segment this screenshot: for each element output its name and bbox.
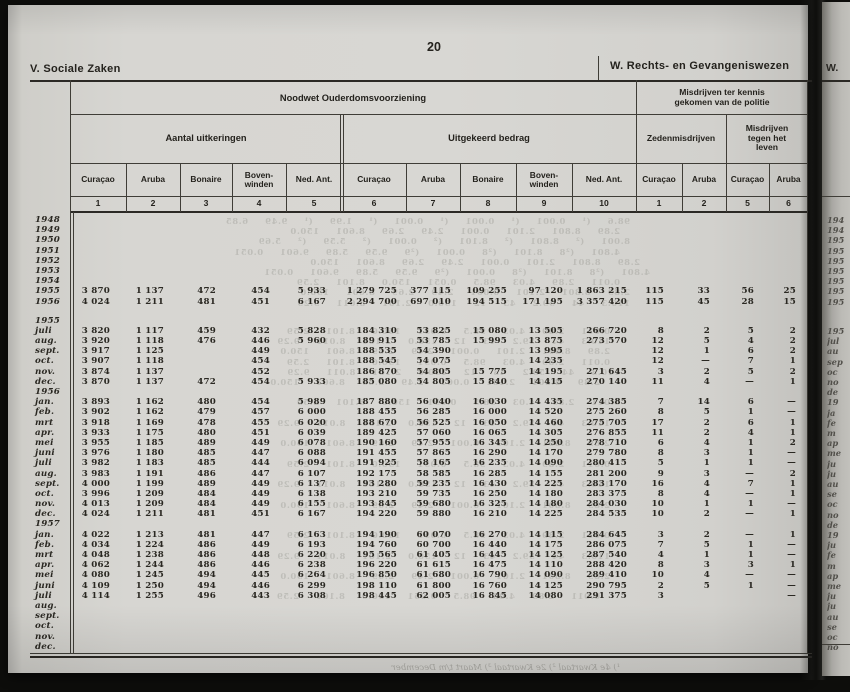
adjacent-page-row-label: sep — [827, 357, 849, 367]
adjacent-page-row-label: ja — [827, 408, 849, 418]
adjacent-page-row-label: 195 — [827, 326, 849, 336]
adjacent-page-row-label: 195 — [827, 235, 849, 245]
adjacent-page-row-label: ju — [827, 540, 849, 550]
adjacent-page-row-label: se — [827, 622, 849, 632]
adjacent-page-row-label: 195 — [827, 286, 849, 296]
adjacent-page-row-label: fe — [827, 418, 849, 428]
adjacent-page-row-label: au — [827, 479, 849, 489]
adjacent-page-row-label: m — [827, 561, 849, 571]
adjacent-page-row-label: me — [827, 448, 849, 458]
adjacent-page-row-label: de — [827, 520, 849, 530]
adjacent-page-row-label: ju — [827, 591, 849, 601]
adjacent-page-row-label: 194 — [827, 215, 849, 225]
adjacent-page-row-label: 195 — [827, 297, 849, 307]
adjacent-page-row-label: no — [827, 510, 849, 520]
adjacent-page-row-label: ju — [827, 469, 849, 479]
page-shading — [8, 5, 808, 673]
adjacent-page-rule — [822, 80, 850, 82]
adjacent-page-row-label: no — [827, 377, 849, 387]
adjacent-page-row-label: fe — [827, 550, 849, 560]
adjacent-page-row-label: 19 — [827, 530, 849, 540]
adjacent-page-section-letter: W. — [826, 62, 838, 74]
adjacent-page-row-label: oc — [827, 367, 849, 377]
adjacent-page-row-label: oc — [827, 499, 849, 509]
adjacent-page-row-label: 194 — [827, 225, 849, 235]
adjacent-page-row-label: jul — [827, 336, 849, 346]
adjacent-page-row-label: m — [827, 428, 849, 438]
adjacent-page-row-label: ap — [827, 571, 849, 581]
adjacent-page-row-label: ju — [827, 601, 849, 611]
adjacent-page-row-label: ju — [827, 459, 849, 469]
adjacent-page-row-label: 195 — [827, 246, 849, 256]
adjacent-page-row-label: se — [827, 489, 849, 499]
adjacent-page-row-label: 19 — [827, 397, 849, 407]
adjacent-page-row-label: no — [827, 642, 849, 652]
adjacent-page-rule — [822, 196, 850, 197]
adjacent-page-row-label: au — [827, 612, 849, 622]
adjacent-page-row-label: me — [827, 581, 849, 591]
adjacent-page-row-label: 195 — [827, 276, 849, 286]
adjacent-page-row-label: au — [827, 346, 849, 356]
adjacent-page-row-label: de — [827, 387, 849, 397]
adjacent-page-row-label: ap — [827, 438, 849, 448]
scanned-book-photo: 98.6 (¹ 0.001 (¹ 0.001 (¹ 0.001 (¹ 1.99 … — [0, 0, 850, 692]
adjacent-page-row-label: 195 — [827, 266, 849, 276]
adjacent-page-row-label: oc — [827, 632, 849, 642]
adjacent-page-row-label: 195 — [827, 256, 849, 266]
